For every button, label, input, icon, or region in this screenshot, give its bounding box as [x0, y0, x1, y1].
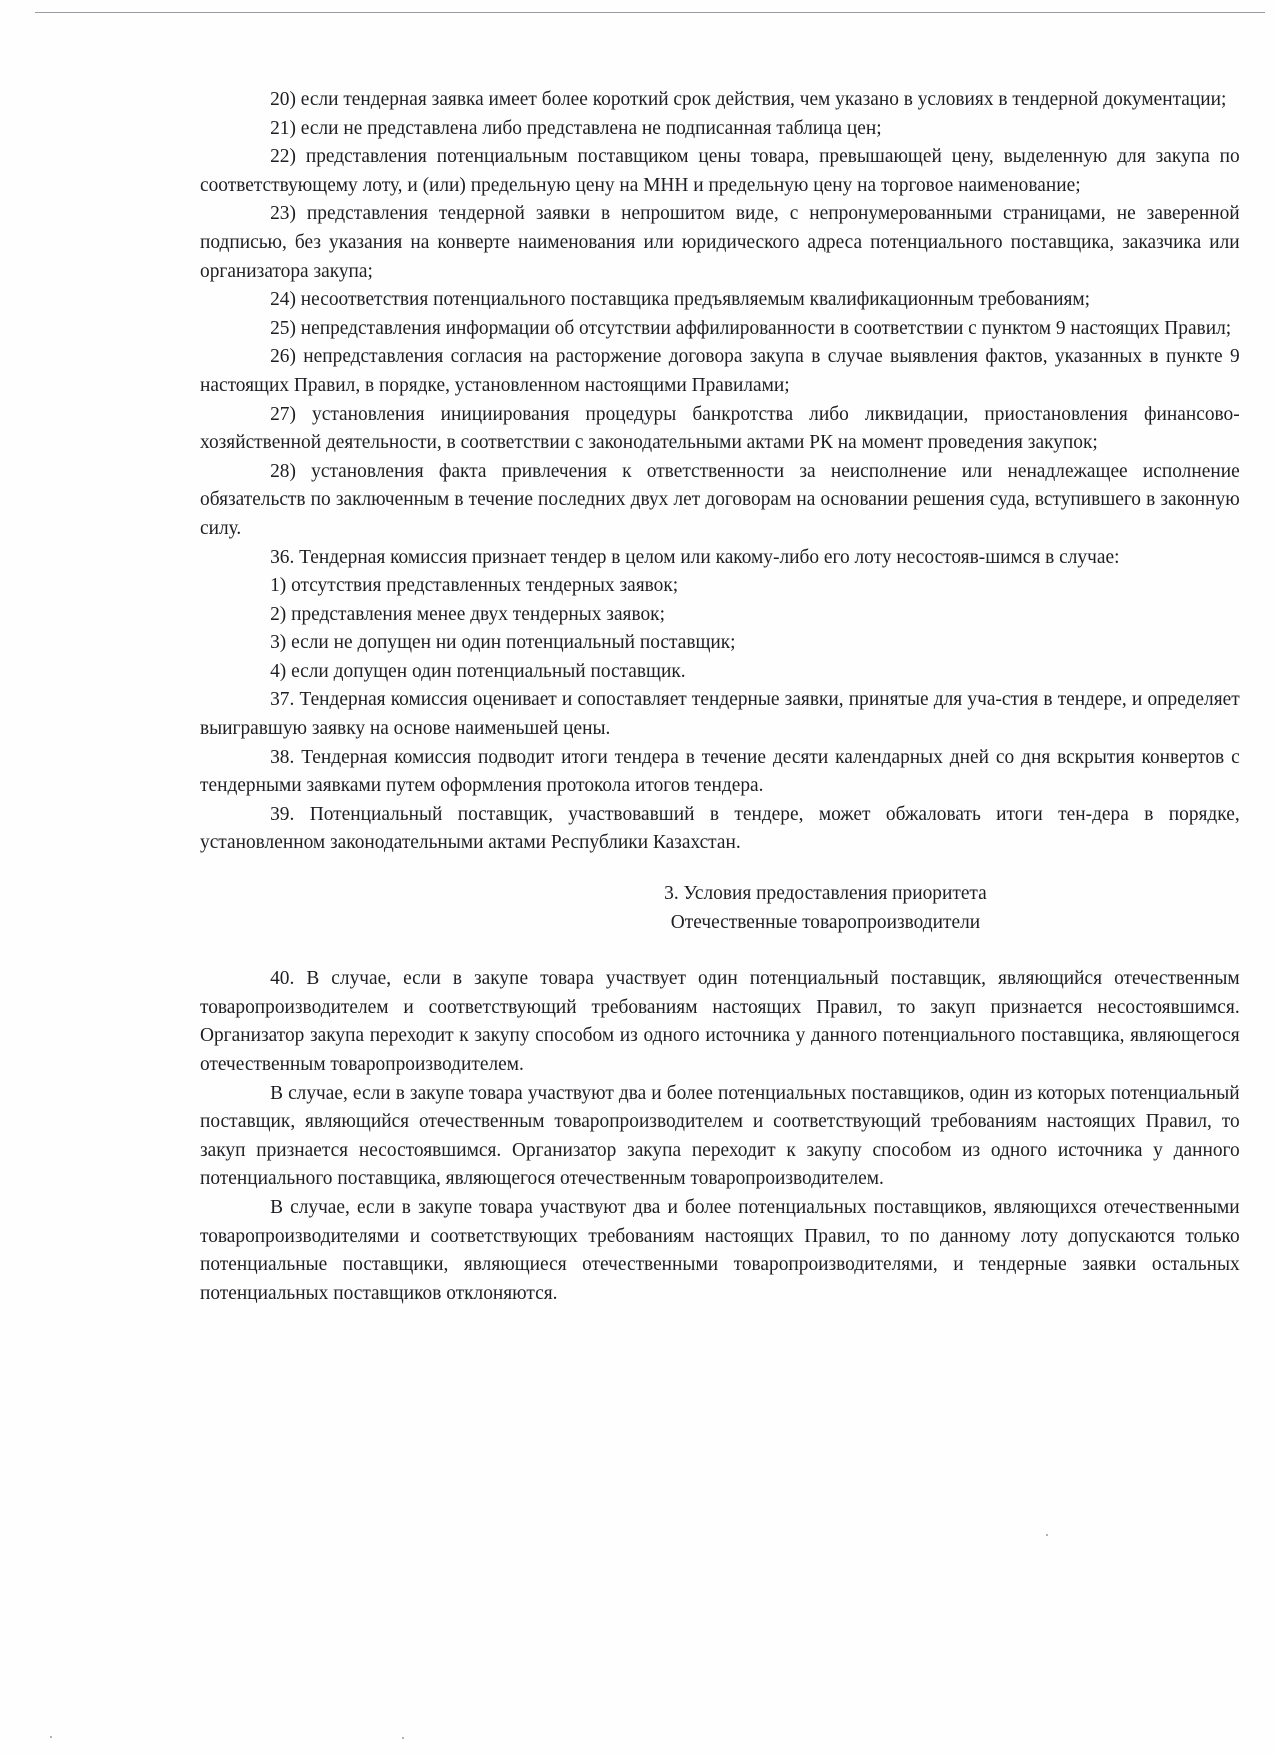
- clause-37: 37. Тендерная комиссия оценивает и сопос…: [200, 685, 1240, 742]
- item-26: 26) непредставления согласия на расторже…: [200, 342, 1240, 399]
- item-20: 20) если тендерная заявка имеет более ко…: [200, 85, 1240, 114]
- scan-speck: [50, 1736, 52, 1738]
- item-23: 23) представления тендерной заявки в неп…: [200, 199, 1240, 285]
- item-21: 21) если не представлена либо представле…: [200, 114, 1240, 143]
- section-heading-line1: 3. Условия предоставления приоритета: [200, 879, 1275, 908]
- page-top-rule: [35, 12, 1265, 13]
- item-24: 24) несоответствия потенциального постав…: [200, 285, 1240, 314]
- clause-36-item-2: 2) представления менее двух тендерных за…: [200, 600, 1240, 629]
- item-27: 27) установления инициирования процедуры…: [200, 400, 1240, 457]
- clause-39: 39. Потенциальный поставщик, участвовавш…: [200, 800, 1240, 857]
- section-heading-line2: Отечественные товаропроизводители: [200, 908, 1275, 937]
- clause-36: 36. Тендерная комиссия признает тендер в…: [200, 543, 1240, 572]
- document-page: 20) если тендерная заявка имеет более ко…: [200, 85, 1240, 1307]
- item-28: 28) установления факта привлечения к отв…: [200, 457, 1240, 543]
- clause-40-para-1: 40. В случае, если в закупе товара участ…: [200, 964, 1240, 1078]
- clause-40-para-3: В случае, если в закупе товара участвуют…: [200, 1193, 1240, 1307]
- clause-36-item-3: 3) если не допущен ни один потенциальный…: [200, 628, 1240, 657]
- scan-speck: [1046, 1534, 1048, 1536]
- clause-36-item-1: 1) отсутствия представленных тендерных з…: [200, 571, 1240, 600]
- clause-40-para-2: В случае, если в закупе товара участвуют…: [200, 1079, 1240, 1193]
- item-25: 25) непредставления информации об отсутс…: [200, 314, 1240, 343]
- item-22: 22) представления потенциальным поставщи…: [200, 142, 1240, 199]
- clause-38: 38. Тендерная комиссия подводит итоги те…: [200, 743, 1240, 800]
- clause-36-item-4: 4) если допущен один потенциальный поста…: [200, 657, 1240, 686]
- scan-speck: [402, 1737, 404, 1739]
